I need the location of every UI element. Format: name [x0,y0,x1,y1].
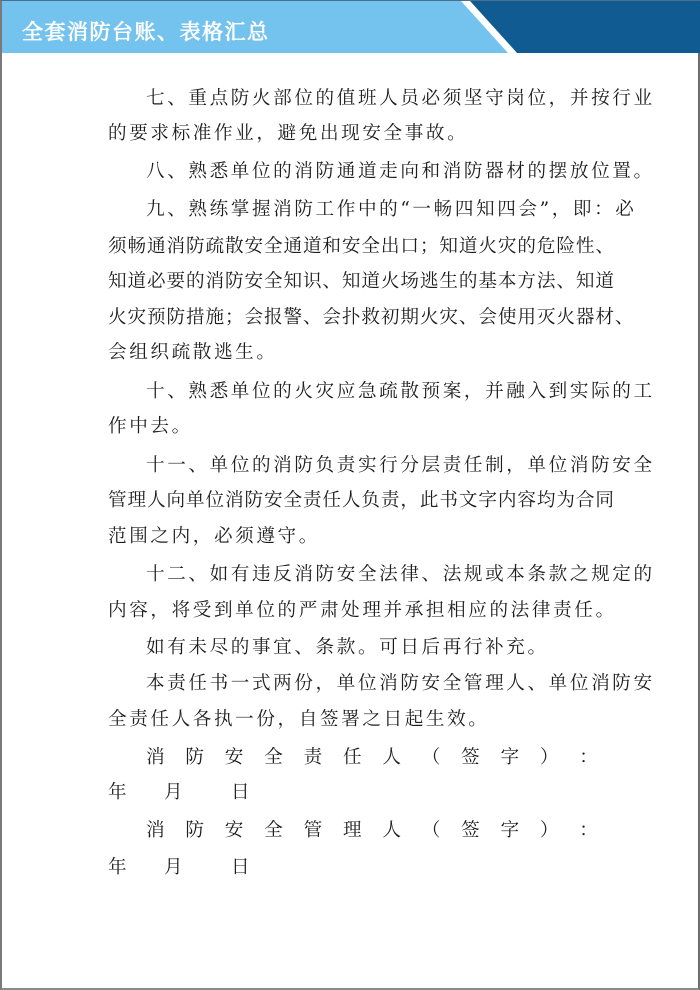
paragraph-item-8-line-1: 八、熟悉单位的消防通道走向和消防器材的摆放位置。 [146,157,655,187]
paragraph-item-9-line-3: 知道必要的消防安全知识、知道火场逃生的基本方法、知道 [108,267,615,297]
paragraph-item-12-line-2: 内容，将受到单位的严肃处理并承担相应的法律责任。 [108,596,617,626]
signature-char: 责 [304,743,323,773]
signature-char: 安 [225,743,244,773]
signature-char: （ [422,816,441,846]
paragraph-item-7-line-2: 的要求标准作业，避免出现安全事故。 [108,119,468,149]
signature-char: 防 [185,816,204,846]
date-year-label: 年 [108,853,127,883]
paragraph-item-10-line-2: 作中去。 [108,412,193,442]
paragraph-item-11-line-3: 范围之内，必须遵守。 [108,522,320,552]
date-day-label: 日 [231,778,250,808]
date-year-label: 年 [108,778,127,808]
signature-char: 任 [343,743,362,773]
paragraph-item-9-line-1: 九、熟练掌握消防工作中的“一畅四知四会”，即：必 [146,195,636,225]
paragraph-copies-line-2: 全责任人各执一份，自签署之日起生效。 [108,705,490,735]
signature-char: 签 [461,816,480,846]
signature-char: 理 [343,816,362,846]
signature-date-management-person: 年 月 日 [108,853,268,883]
signature-char: 全 [264,816,283,846]
paragraph-item-12-line-1: 十二、如有违反消防安全法律、法规或本条款之规定的 [146,560,655,590]
header-title: 全套消防台账、表格汇总 [22,17,270,47]
paragraph-item-7-line-1: 七、重点防火部位的值班人员必须坚守岗位，并按行业 [146,84,655,114]
signature-date-responsible-person: 年 月 日 [108,778,268,808]
signature-char: 全 [264,743,283,773]
paragraph-item-10-line-1: 十、熟悉单位的火灾应急疏散预案，并融入到实际的工 [146,377,655,407]
paragraph-copies-line-1: 本责任书一式两份，单位消防安全管理人、单位消防安 [146,669,655,699]
signature-char: 消 [146,743,165,773]
signature-char: 字 [501,743,520,773]
date-month-label: 月 [164,778,183,808]
signature-char: 人 [382,743,401,773]
page-header-banner: 全套消防台账、表格汇总 [2,1,700,53]
signature-char: ） [540,743,559,773]
signature-char: （ [422,743,441,773]
paragraph-item-9-line-2: 须畅通消防疏散安全通道和安全出口；知道火灾的危险性、 [108,232,615,262]
signature-line-management-person: 消 防 安 全 管 理 人 （ 签 字 ） ： [146,816,598,846]
signature-char: ： [579,743,598,773]
signature-char: 管 [304,816,323,846]
signature-char: 安 [225,816,244,846]
date-day-label: 日 [231,853,250,883]
signature-char: ） [540,816,559,846]
signature-char: 防 [185,743,204,773]
signature-char: 消 [146,816,165,846]
signature-char: 人 [382,816,401,846]
paragraph-item-9-line-4: 火灾预防措施；会报警、会扑救初期火灾、会使用灭火器材、 [108,303,634,333]
paragraph-item-11-line-1: 十一、单位的消防负责实行分层责任制，单位消防安全 [146,451,655,481]
document-page: 全套消防台账、表格汇总 七、重点防火部位的值班人员必须坚守岗位，并按行业 的要求… [0,0,700,990]
signature-char: 签 [461,743,480,773]
date-month-label: 月 [164,853,183,883]
signature-line-responsible-person: 消 防 安 全 责 任 人 （ 签 字 ） ： [146,743,598,773]
signature-char: ： [579,816,598,846]
paragraph-supplement-line-1: 如有未尽的事宜、条款。可日后再行补充。 [146,633,549,663]
signature-char: 字 [501,816,520,846]
paragraph-item-11-line-2: 管理人向单位消防安全责任人负责，此书文字内容均为合同 [108,486,615,516]
paragraph-item-9-line-5: 会组织疏散逃生。 [108,338,278,368]
